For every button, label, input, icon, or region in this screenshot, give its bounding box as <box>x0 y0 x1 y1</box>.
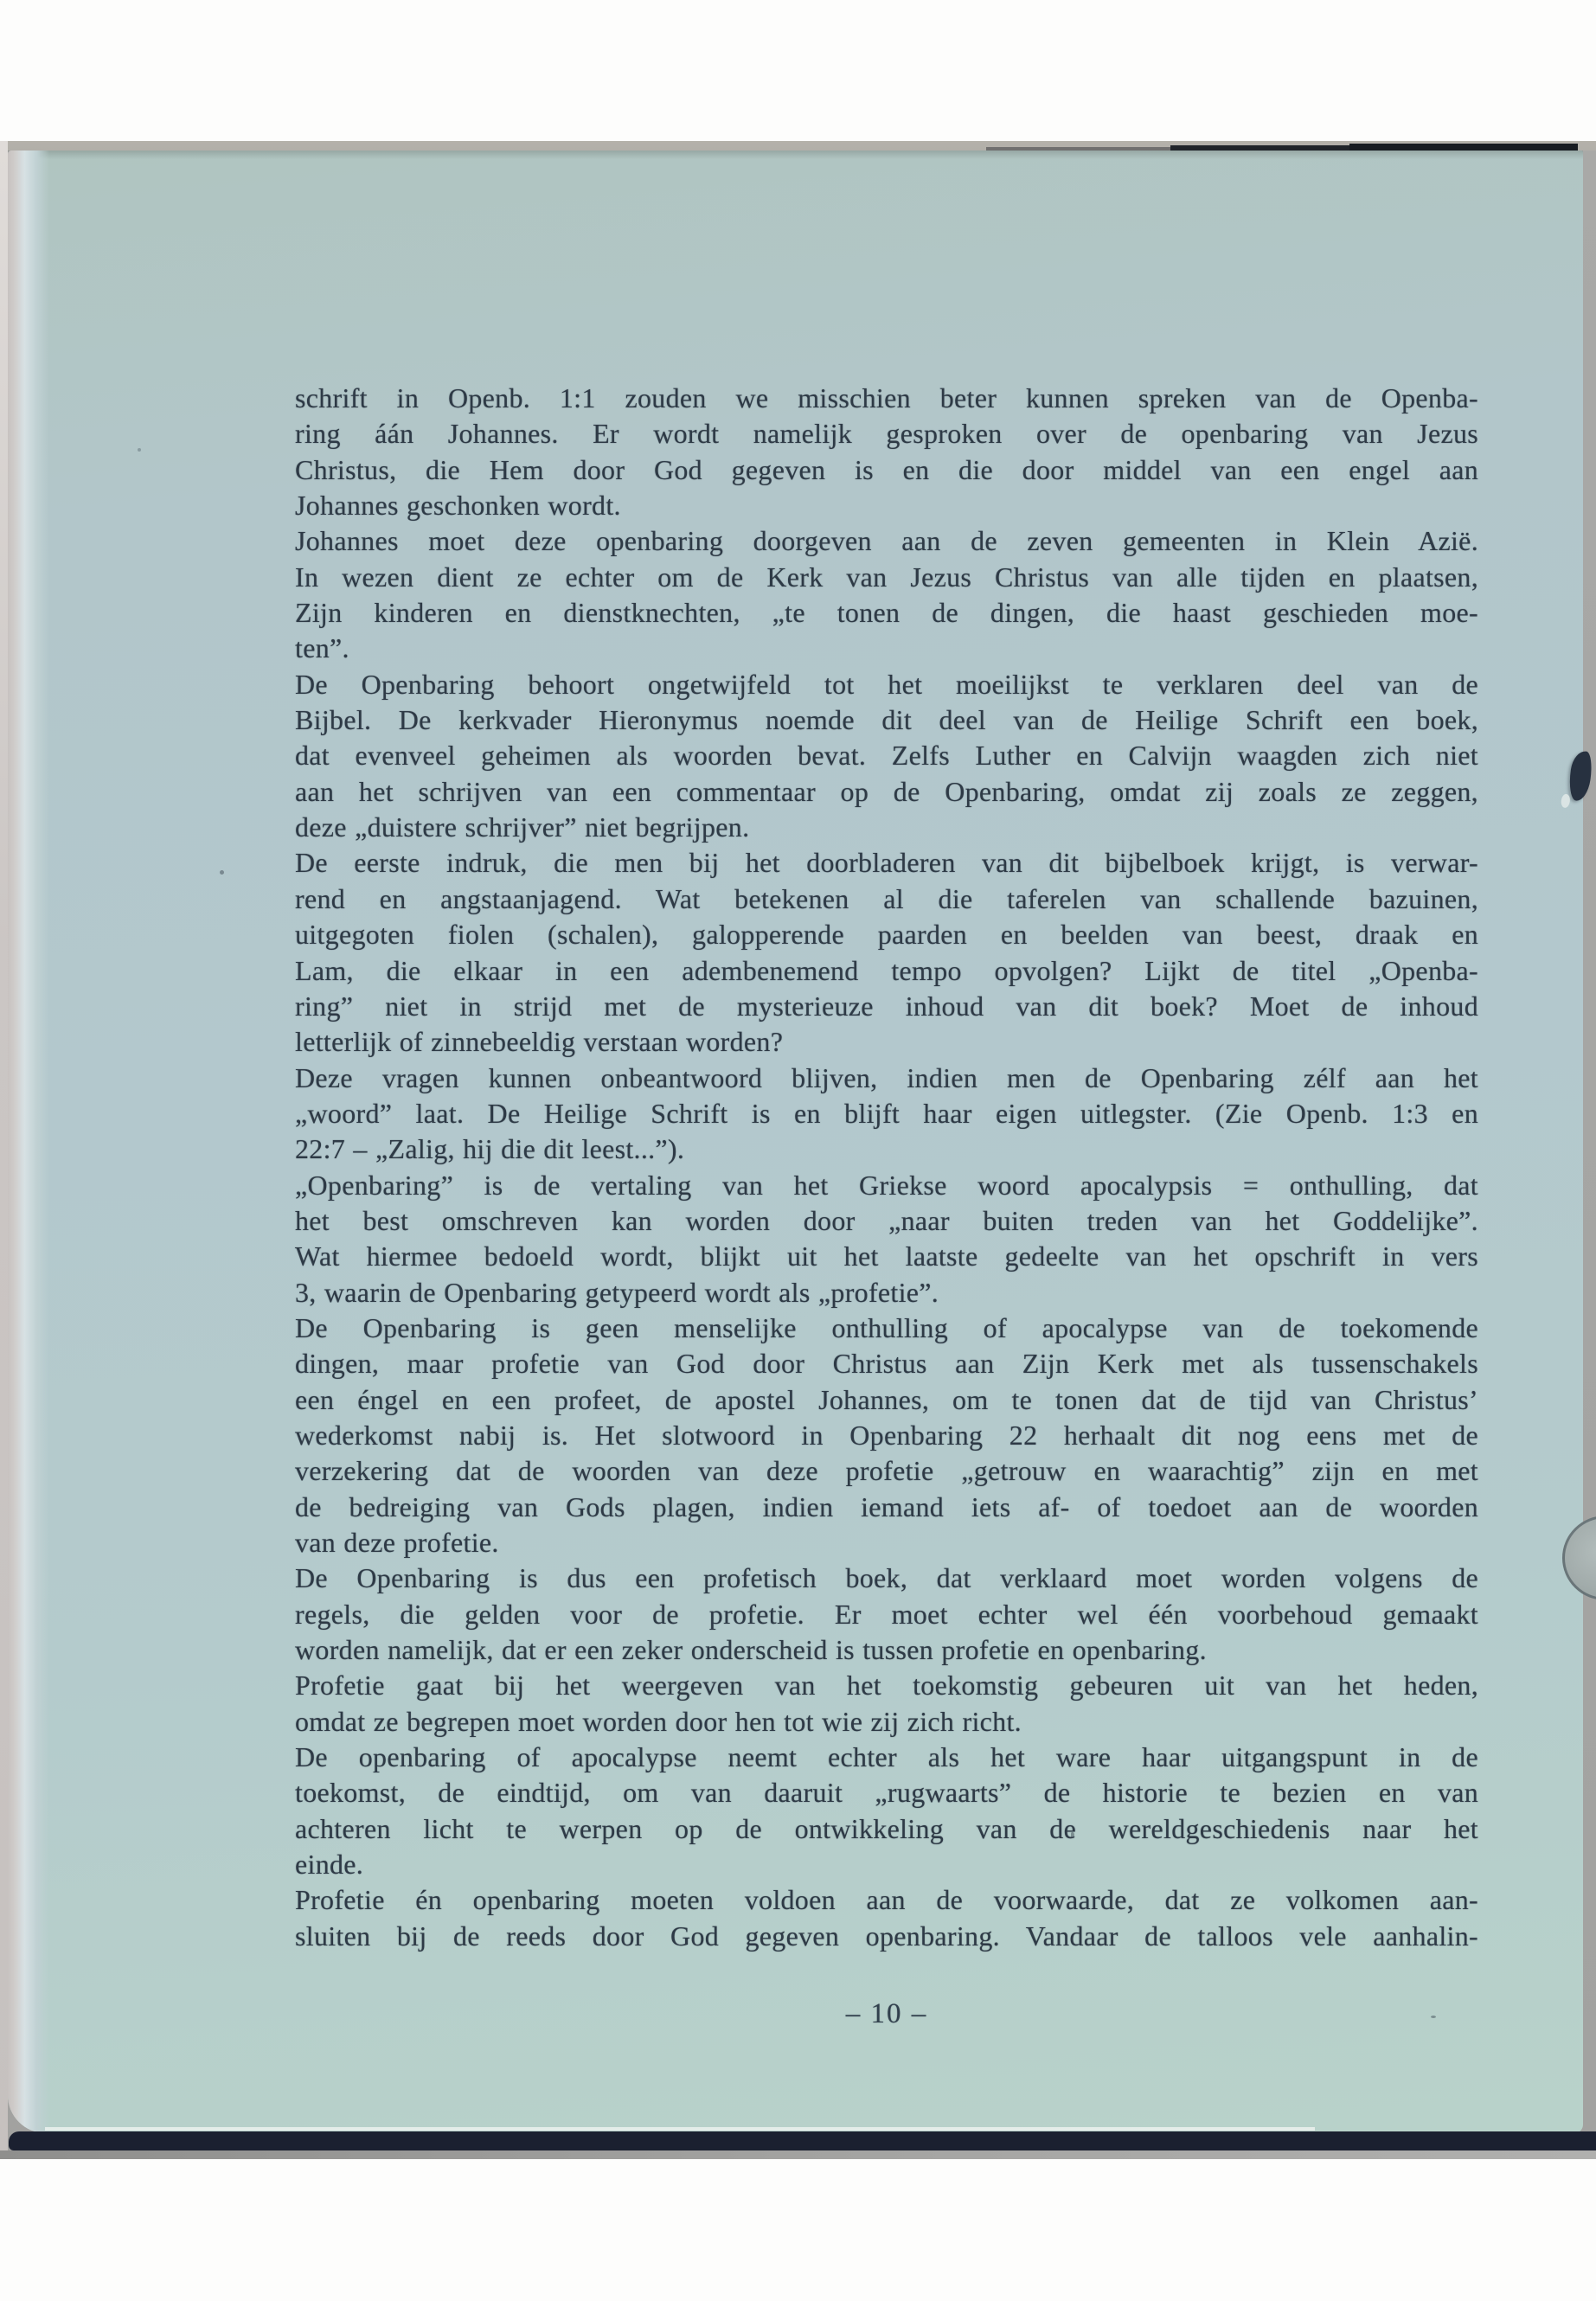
text-line: een éngel en een profeet, de apostel Joh… <box>295 1382 1478 1418</box>
scan-speck <box>1071 1832 1074 1838</box>
text-line: regels, die gelden voor de profetie. Er … <box>295 1597 1478 1632</box>
scan-left-edge <box>0 141 8 2159</box>
text-line: Bijbel. De kerkvader Hieronymus noemde d… <box>295 702 1478 738</box>
text-line: ring áán Johannes. Er wordt namelijk ges… <box>295 416 1478 452</box>
text-line: „Openbaring” is de vertaling van het Gri… <box>295 1168 1478 1203</box>
text-line: „woord” laat. De Heilige Schrift is en b… <box>295 1096 1478 1131</box>
text-line: dat evenveel geheimen als woorden bevat.… <box>295 738 1478 773</box>
text-line: omdat ze begrepen moet worden door hen t… <box>295 1704 1478 1740</box>
scan-speck <box>220 870 224 875</box>
text-line: De Openbaring behoort ongetwijfeld tot h… <box>295 667 1478 702</box>
text-line: achteren licht te werpen op de ontwikkel… <box>295 1811 1478 1847</box>
text-line: einde. <box>295 1847 1478 1882</box>
text-line: Wat hiermee bedoeld wordt, blijkt uit he… <box>295 1239 1478 1274</box>
text-line: uitgegoten fiolen (schalen), galopperend… <box>295 917 1478 952</box>
scanned-book-page: schrift in Openb. 1:1 zouden we misschie… <box>0 0 1596 2301</box>
text-line: wederkomst nabij is. Het slotwoord in Op… <box>295 1418 1478 1453</box>
text-line: verzekering dat de woorden van deze prof… <box>295 1453 1478 1489</box>
text-line: toekomst, de eindtijd, om van daaruit „r… <box>295 1775 1478 1811</box>
text-line: letterlijk of zinnebeeldig verstaan word… <box>295 1024 1478 1060</box>
text-line: Deze vragen kunnen onbeantwoord blijven,… <box>295 1061 1478 1096</box>
text-line: Johannes moet deze openbaring doorgeven … <box>295 523 1478 559</box>
text-line: dingen, maar profetie van God door Chris… <box>295 1346 1478 1381</box>
page-bottom-edge-highlight <box>45 2127 1315 2131</box>
text-line: De Openbaring is geen menselijke onthull… <box>295 1311 1478 1346</box>
text-line: Profetie én openbaring moeten voldoen aa… <box>295 1882 1478 1918</box>
text-line: ten”. <box>295 631 1478 666</box>
text-line: Zijn kinderen en dienstknechten, „te ton… <box>295 595 1478 631</box>
text-line: aan het schrijven van een commentaar op … <box>295 774 1478 810</box>
text-line: de bedreiging van Gods plagen, indien ie… <box>295 1490 1478 1525</box>
text-line: het best omschreven kan worden door „naa… <box>295 1203 1478 1239</box>
book-bottom-edge-shadow <box>9 2131 1596 2150</box>
text-line: De Openbaring is dus een profetisch boek… <box>295 1561 1478 1596</box>
text-line: In wezen dient ze echter om de Kerk van … <box>295 560 1478 595</box>
book-page: schrift in Openb. 1:1 zouden we misschie… <box>8 151 1583 2133</box>
text-line: Johannes geschonken wordt. <box>295 488 1478 523</box>
text-line: rend en angstaanjagend. Wat betekenen al… <box>295 881 1478 917</box>
scan-speck <box>138 448 141 452</box>
text-line: sluiten bij de reeds door God gegeven op… <box>295 1919 1478 1954</box>
text-line: van deze profetie. <box>295 1525 1478 1561</box>
text-line: Christus, die Hem door God gegeven is en… <box>295 452 1478 488</box>
text-line: De openbaring of apocalypse neemt echter… <box>295 1740 1478 1775</box>
text-line: 3, waarin de Openbaring getypeerd wordt … <box>295 1275 1478 1311</box>
scan-bottom-edge <box>0 2150 1596 2159</box>
text-line: deze „duistere schrijver” niet begrijpen… <box>295 810 1478 845</box>
text-line: De eerste indruk, die men bij het doorbl… <box>295 845 1478 881</box>
page-text-block: schrift in Openb. 1:1 zouden we misschie… <box>295 381 1478 1954</box>
text-line: 22:7 – „Zalig, hij die dit leest...”). <box>295 1131 1478 1167</box>
text-line: worden namelijk, dat er een zeker onders… <box>295 1632 1478 1668</box>
text-line: Profetie gaat bij het weergeven van het … <box>295 1668 1478 1703</box>
scan-speck <box>1431 2016 1436 2018</box>
page-left-edge-highlight <box>8 151 49 2133</box>
text-line: schrift in Openb. 1:1 zouden we misschie… <box>295 381 1478 416</box>
text-line: ring” niet in strijd met de mysterieuze … <box>295 989 1478 1024</box>
scan-area: schrift in Openb. 1:1 zouden we misschie… <box>0 141 1596 2159</box>
ink-blot-mark <box>1567 750 1594 803</box>
page-number: – 10 – <box>295 1998 1478 2030</box>
text-line: Lam, die elkaar in een adembenemend temp… <box>295 953 1478 989</box>
